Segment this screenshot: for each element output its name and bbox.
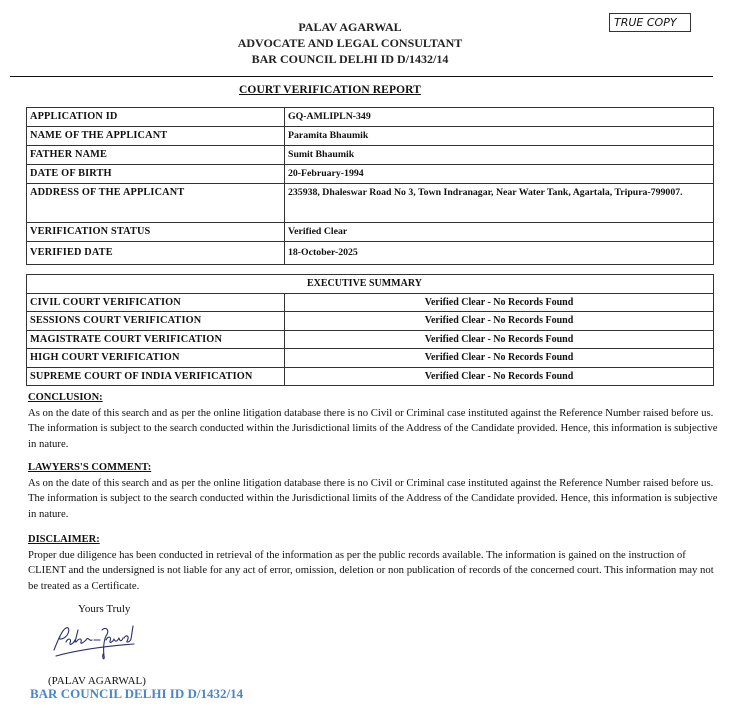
lawyers-comment-heading: LAWYERS'S COMMENT:: [28, 460, 718, 476]
court-label: CIVIL COURT VERIFICATION: [27, 293, 285, 312]
table-row: CIVIL COURT VERIFICATION Verified Clear …: [27, 293, 714, 312]
table-row: FATHER NAME Sumit Bhaumik: [27, 146, 714, 165]
court-result: Verified Clear - No Records Found: [285, 330, 714, 349]
field-label: VERIFICATION STATUS: [27, 223, 285, 242]
field-value: Paramita Bhaumik: [285, 127, 714, 146]
conclusion-text: As on the date of this search and as per…: [28, 406, 718, 453]
field-value: GQ-AMLIPLN-349: [285, 108, 714, 127]
table-row: VERIFICATION STATUS Verified Clear: [27, 223, 714, 242]
table-row: HIGH COURT VERIFICATION Verified Clear -…: [27, 349, 714, 368]
letterhead: PALAV AGARWAL ADVOCATE AND LEGAL CONSULT…: [200, 19, 500, 67]
lawyers-comment-text: As on the date of this search and as per…: [28, 476, 718, 523]
court-result: Verified Clear - No Records Found: [285, 349, 714, 368]
true-copy-stamp: TRUE COPY: [609, 13, 691, 32]
court-label: HIGH COURT VERIFICATION: [27, 349, 285, 368]
field-label: ADDRESS OF THE APPLICANT: [27, 184, 285, 223]
disclaimer-text: Proper due diligence has been conducted …: [28, 548, 718, 595]
table-row: ADDRESS OF THE APPLICANT 235938, Dhalesw…: [27, 184, 714, 223]
field-value: 235938, Dhaleswar Road No 3, Town Indran…: [285, 184, 714, 223]
executive-summary-table: EXECUTIVE SUMMARY CIVIL COURT VERIFICATI…: [26, 274, 714, 386]
table-row: SESSIONS COURT VERIFICATION Verified Cle…: [27, 312, 714, 331]
table-row: NAME OF THE APPLICANT Paramita Bhaumik: [27, 127, 714, 146]
closing-salutation: Yours Truly: [78, 603, 130, 615]
table-header-row: EXECUTIVE SUMMARY: [27, 275, 714, 294]
report-title: COURT VERIFICATION REPORT: [239, 84, 421, 96]
signer-bar-id: BAR COUNCIL DELHI ID D/1432/14: [30, 686, 243, 702]
field-value: Verified Clear: [285, 223, 714, 242]
conclusion-section: CONCLUSION: As on the date of this searc…: [28, 390, 718, 452]
field-label: NAME OF THE APPLICANT: [27, 127, 285, 146]
court-label: SESSIONS COURT VERIFICATION: [27, 312, 285, 331]
field-label: FATHER NAME: [27, 146, 285, 165]
court-label: MAGISTRATE COURT VERIFICATION: [27, 330, 285, 349]
table-row: APPLICATION ID GQ-AMLIPLN-349: [27, 108, 714, 127]
field-label: VERIFIED DATE: [27, 242, 285, 265]
lawyers-comment-section: LAWYERS'S COMMENT: As on the date of thi…: [28, 460, 718, 522]
signature-icon: [48, 620, 138, 665]
field-label: DATE OF BIRTH: [27, 165, 285, 184]
field-label: APPLICATION ID: [27, 108, 285, 127]
court-label: SUPREME COURT OF INDIA VERIFICATION: [27, 367, 285, 386]
advocate-designation: ADVOCATE AND LEGAL CONSULTANT: [200, 35, 500, 51]
court-result: Verified Clear - No Records Found: [285, 293, 714, 312]
table-row: MAGISTRATE COURT VERIFICATION Verified C…: [27, 330, 714, 349]
advocate-bar-id: BAR COUNCIL DELHI ID D/1432/14: [200, 51, 500, 67]
table-row: DATE OF BIRTH 20-February-1994: [27, 165, 714, 184]
conclusion-heading: CONCLUSION:: [28, 390, 718, 406]
field-value: Sumit Bhaumik: [285, 146, 714, 165]
advocate-name: PALAV AGARWAL: [200, 19, 500, 35]
field-value: 18-October-2025: [285, 242, 714, 265]
court-result: Verified Clear - No Records Found: [285, 367, 714, 386]
table-row: VERIFIED DATE 18-October-2025: [27, 242, 714, 265]
disclaimer-heading: DISCLAIMER:: [28, 532, 718, 548]
applicant-details-table: APPLICATION ID GQ-AMLIPLN-349 NAME OF TH…: [26, 107, 714, 265]
header-divider: [10, 76, 713, 77]
table-row: SUPREME COURT OF INDIA VERIFICATION Veri…: [27, 367, 714, 386]
field-value: 20-February-1994: [285, 165, 714, 184]
disclaimer-section: DISCLAIMER: Proper due diligence has bee…: [28, 532, 718, 594]
executive-summary-title: EXECUTIVE SUMMARY: [27, 275, 714, 294]
court-result: Verified Clear - No Records Found: [285, 312, 714, 331]
